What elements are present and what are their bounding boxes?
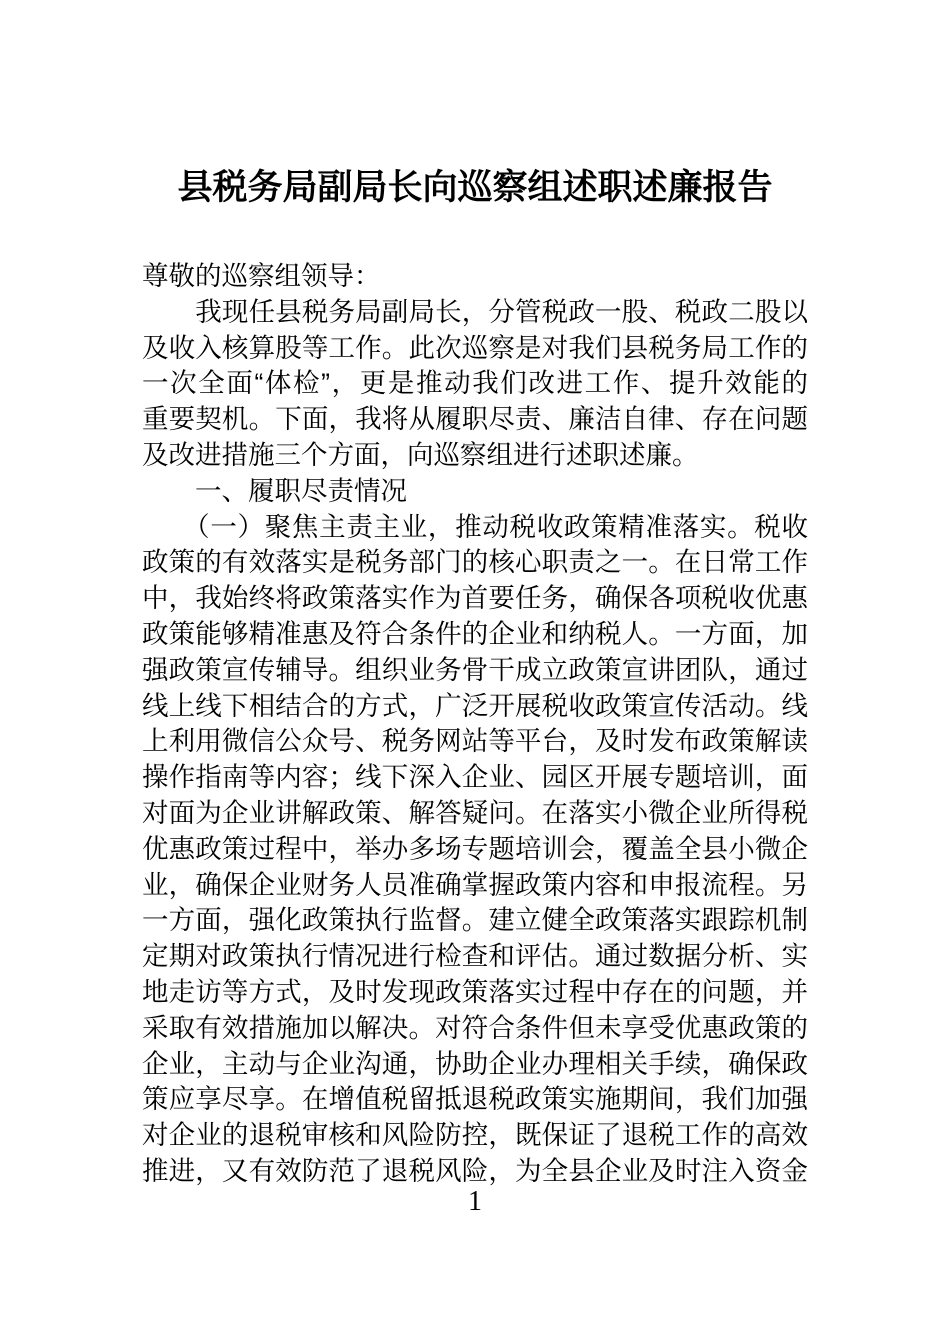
body-line: 对面为企业讲解政策、解答疑问。在落实小微企业所得税 xyxy=(142,796,808,832)
body-line: 线上线下相结合的方式，广泛开展税收政策宣传活动。线 xyxy=(142,689,808,725)
body-line: 策应享尽享。在增值税留抵退税政策实施期间，我们加强 xyxy=(142,1082,808,1118)
body-line: 业，确保企业财务人员准确掌握政策内容和申报流程。另 xyxy=(142,868,808,904)
body-line: 企业，主动与企业沟通，协助企业办理相关手续，确保政 xyxy=(142,1047,808,1083)
body-line: 及改进措施三个方面，向巡察组进行述职述廉。 xyxy=(142,438,808,474)
body-line: 地走访等方式，及时发现政策落实过程中存在的问题，并 xyxy=(142,975,808,1011)
body-line: 重要契机。下面，我将从履职尽责、廉洁自律、存在问题 xyxy=(142,402,808,438)
body-line: 一次全面“体检”，更是推动我们改进工作、提升效能的 xyxy=(142,366,808,402)
body-line: 及收入核算股等工作。此次巡察是对我们县税务局工作的 xyxy=(142,331,808,367)
document-page: 县税务局副局长向巡察组述职述廉报告 尊敬的巡察组领导： 我现任县税务局副局长，分… xyxy=(0,0,950,1344)
body-line: 操作指南等内容；线下深入企业、园区开展专题培训，面 xyxy=(142,760,808,796)
body-line: 强政策宣传辅导。组织业务骨干成立政策宣讲团队，通过 xyxy=(142,653,808,689)
body-line: 尊敬的巡察组领导： xyxy=(142,259,808,295)
body-line: 我现任县税务局副局长，分管税政一股、税政二股以 xyxy=(142,295,808,331)
body-line: （一）聚焦主责主业，推动税收政策精准落实。税收 xyxy=(142,510,808,546)
body-line: 政策能够精准惠及符合条件的企业和纳税人。一方面，加 xyxy=(142,617,808,653)
body-line: 上利用微信公众号、税务网站等平台，及时发布政策解读 xyxy=(142,724,808,760)
document-body: 尊敬的巡察组领导： 我现任县税务局副局长，分管税政一股、税政二股以 及收入核算股… xyxy=(142,259,808,1190)
body-line: 政策的有效落实是税务部门的核心职责之一。在日常工作 xyxy=(142,545,808,581)
body-line: 推进，又有效防范了退税风险，为全县企业及时注入资金 xyxy=(142,1154,808,1190)
body-line: 优惠政策过程中，举办多场专题培训会，覆盖全县小微企 xyxy=(142,832,808,868)
body-line: 采取有效措施加以解决。对符合条件但未享受优惠政策的 xyxy=(142,1011,808,1047)
body-line: 一方面，强化政策执行监督。建立健全政策落实跟踪机制 xyxy=(142,903,808,939)
document-title: 县税务局副局长向巡察组述职述廉报告 xyxy=(0,160,950,216)
page-number: 1 xyxy=(0,1186,950,1218)
body-line: 定期对政策执行情况进行检查和评估。通过数据分析、实 xyxy=(142,939,808,975)
body-line: 中，我始终将政策落实作为首要任务，确保各项税收优惠 xyxy=(142,581,808,617)
body-line: 对企业的退税审核和风险防控，既保证了退税工作的高效 xyxy=(142,1118,808,1154)
section-heading-line: 一、履职尽责情况 xyxy=(142,474,808,510)
